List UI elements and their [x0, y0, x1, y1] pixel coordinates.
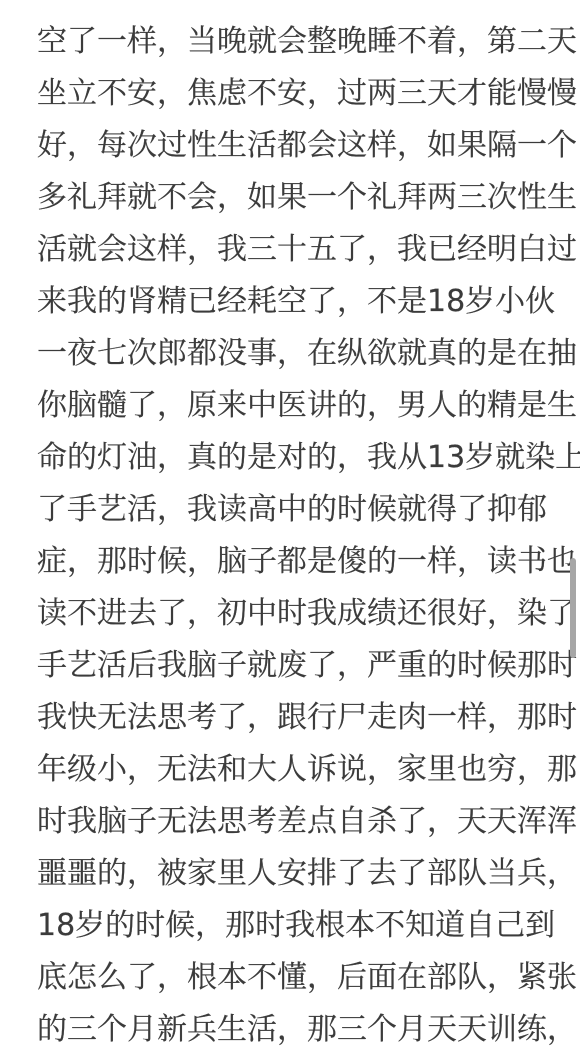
text-line: 多礼拜就不会，如果一个礼拜两三次性生	[37, 172, 560, 224]
text-line: 坐立不安，焦虑不安，过两三天才能慢慢	[37, 68, 560, 120]
text-line: 年级小，无法和大人诉说，家里也穷，那	[37, 744, 560, 796]
text-line: 的三个月新兵生活，那三个月天天训练，	[37, 1004, 560, 1054]
text-line: 好，每次过性生活都会这样，如果隔一个	[37, 120, 560, 172]
text-line: 了手艺活，我读高中的时候就得了抑郁	[37, 484, 560, 536]
scrollbar-thumb[interactable]	[570, 558, 576, 658]
paragraph-text: 空了一样，当晚就会整晚睡不着，第二天 坐立不安，焦虑不安，过两三天才能慢慢 好，…	[0, 0, 580, 1054]
text-page: 空了一样，当晚就会整晚睡不着，第二天 坐立不安，焦虑不安，过两三天才能慢慢 好，…	[0, 0, 580, 1054]
scrollbar-track[interactable]	[566, 0, 580, 1054]
text-line: 噩噩的，被家里人安排了去了部队当兵，	[37, 848, 560, 900]
text-line: 底怎么了，根本不懂，后面在部队，紧张	[37, 952, 560, 1004]
text-line: 症，那时候，脑子都是傻的一样，读书也	[37, 536, 560, 588]
text-line: 我快无法思考了，跟行尸走肉一样，那时	[37, 692, 560, 744]
text-line: 一夜七次郎都没事，在纵欲就真的是在抽	[37, 328, 560, 380]
text-line: 读不进去了，初中时我成绩还很好，染了	[37, 588, 560, 640]
text-line: 18岁的时候，那时我根本不知道自己到	[37, 900, 560, 952]
text-line: 你脑髓了，原来中医讲的，男人的精是生	[37, 380, 560, 432]
text-line: 手艺活后我脑子就废了，严重的时候那时	[37, 640, 560, 692]
text-line: 时我脑子无法思考差点自杀了，天天浑浑	[37, 796, 560, 848]
text-line: 命的灯油，真的是对的，我从13岁就染上	[37, 432, 560, 484]
text-line: 空了一样，当晚就会整晚睡不着，第二天	[37, 16, 560, 68]
text-line: 活就会这样，我三十五了，我已经明白过	[37, 224, 560, 276]
text-line: 来我的肾精已经耗空了，不是18岁小伙	[37, 276, 560, 328]
